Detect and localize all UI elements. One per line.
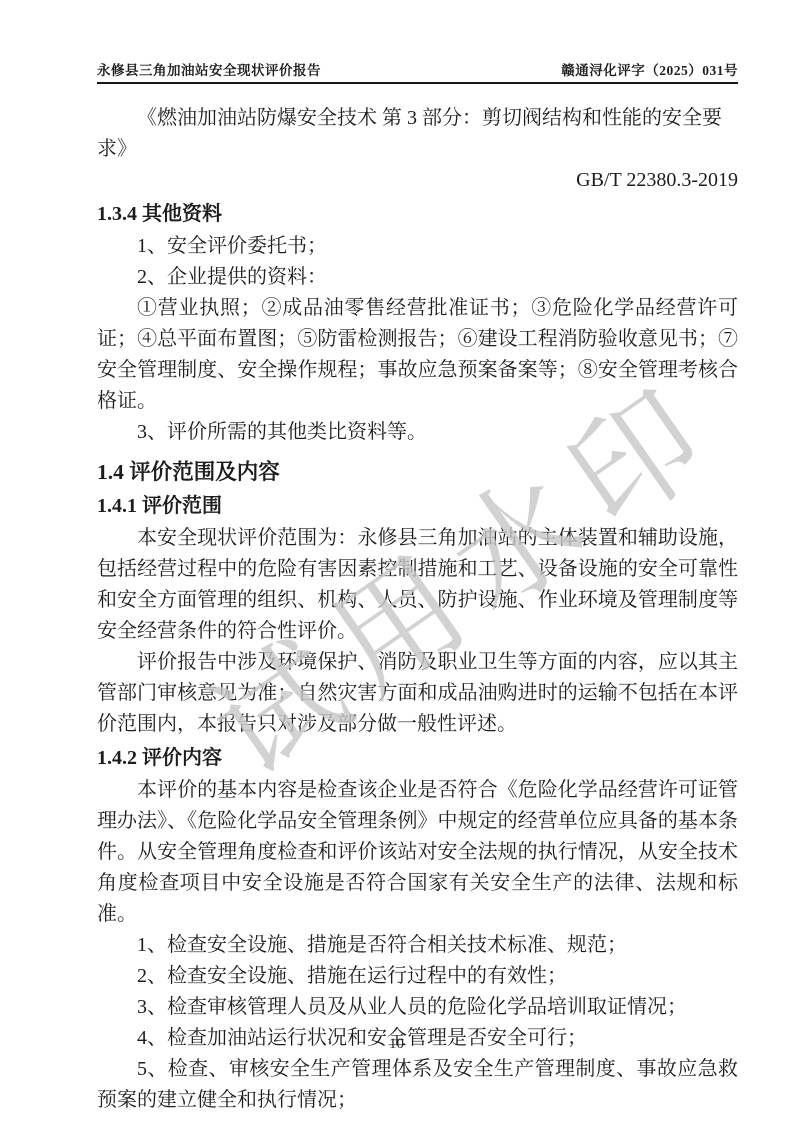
heading-1-4-2: 1.4.2 评价内容	[97, 743, 738, 774]
list-item: 1、安全评价委托书；	[97, 231, 738, 262]
list-item: 1、检查安全设施、措施是否符合相关技术标准、规范；	[97, 930, 738, 961]
heading-1-4: 1.4 评价范围及内容	[97, 457, 738, 488]
page-header: 永修县三角加油站安全现状评价报告 赣通浔化评字（2025）031号	[97, 58, 738, 84]
header-document-number: 赣通浔化评字（2025）031号	[561, 59, 738, 79]
document-body: 《燃油加油站防爆安全技术 第 3 部分：剪切阀结构和性能的安全要求》GB/T 2…	[97, 103, 738, 1116]
content-paragraph: 本评价的基本内容是检查该企业是否符合《危险化学品经营许可证管理办法》、《危险化学…	[97, 775, 738, 930]
standard-code: GB/T 22380.3-2019	[97, 165, 738, 196]
list-item: 2、检查安全设施、措施在运行过程中的有效性；	[97, 961, 738, 992]
list-item: 3、评价所需的其他类比资料等。	[97, 417, 738, 448]
document-page: 永修县三角加油站安全现状评价报告 赣通浔化评字（2025）031号 《燃油加油站…	[0, 0, 793, 1122]
heading-1-3-4: 1.3.4 其他资料	[97, 199, 738, 230]
list-item: 2、企业提供的资料：	[97, 262, 738, 293]
list-item: 3、检查审核管理人员及从业人员的危险化学品培训取证情况；	[97, 992, 738, 1023]
page-number: 10	[389, 1036, 404, 1052]
page-footer: 10	[0, 1036, 793, 1053]
heading-1-4-1: 1.4.1 评价范围	[97, 491, 738, 522]
scope-note-paragraph: 评价报告中涉及环境保护、消防及职业卫生等方面的内容，应以其主管部门审核意见为准；…	[97, 647, 738, 740]
scope-paragraph: 本安全现状评价范围为：永修县三角加油站的主体装置和辅助设施，包括经营过程中的危险…	[97, 523, 738, 647]
standard-title: 《燃油加油站防爆安全技术 第 3 部分：剪切阀结构和性能的安全要求》	[97, 103, 738, 165]
header-report-title: 永修县三角加油站安全现状评价报告	[97, 59, 321, 79]
list-item: 5、检查、审核安全生产管理体系及安全生产管理制度、事故应急救预案的建立健全和执行…	[97, 1054, 738, 1116]
enterprise-materials: ①营业执照；②成品油零售经营批准证书；③危险化学品经营许可证；④总平面布置图；⑤…	[97, 293, 738, 417]
